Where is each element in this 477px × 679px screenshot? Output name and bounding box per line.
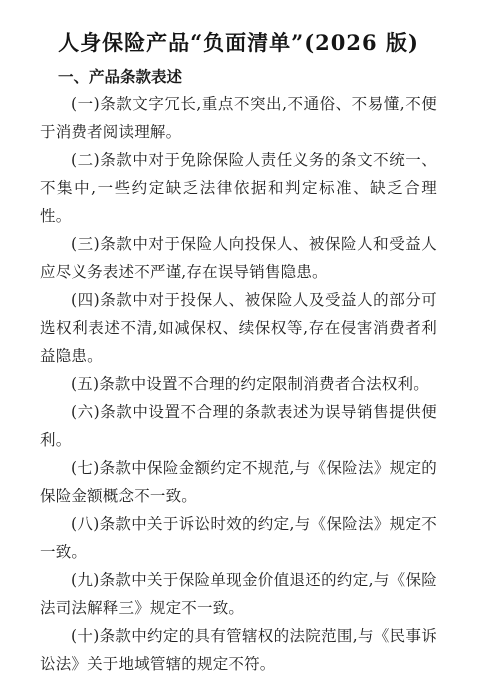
item-text: 条款中对于投保人、被保险人及受益人的部分可选权利表述不清,如减保权、续保权等,存… — [40, 291, 437, 365]
item-marker: (三) — [71, 235, 100, 253]
list-item-1: (一)条款文字冗长,重点不突出,不通俗、不易懂,不便于消费者阅读理解。 — [40, 90, 437, 146]
item-marker: (二) — [71, 151, 100, 169]
list-item-3: (三)条款中对于保险人向投保人、被保险人和受益人应尽义务表述不严谨,存在误导销售… — [40, 230, 437, 286]
item-marker: (五) — [71, 375, 99, 393]
list-item-5: (五)条款中设置不合理的约定限制消费者合法权利。 — [40, 370, 437, 398]
document-page: 人身保险产品“负面清单”(2026 版) 一、产品条款表述 (一)条款文字冗长,… — [0, 0, 477, 679]
list-item-9: (九)条款中关于保险单现金价值退还的约定,与《保险法司法解释三》规定不一致。 — [40, 566, 437, 622]
item-text: 条款中设置不合理的条款表述为误导销售提供便利。 — [40, 403, 437, 449]
item-text: 条款中约定的具有管辖权的法院范围,与《民事诉讼法》关于地域管辖的规定不符。 — [40, 627, 437, 673]
item-marker: (一) — [71, 95, 100, 113]
item-text: 条款中关于诉讼时效的约定,与《保险法》规定不一致。 — [40, 515, 437, 561]
item-marker: (四) — [71, 291, 100, 309]
list-item-8: (八)条款中关于诉讼时效的约定,与《保险法》规定不一致。 — [40, 510, 437, 566]
item-marker: (七) — [71, 459, 99, 477]
item-marker: (十) — [71, 627, 99, 645]
item-text: 条款中对于保险人向投保人、被保险人和受益人应尽义务表述不严谨,存在误导销售隐患。 — [40, 235, 437, 281]
list-item-10: (十)条款中约定的具有管辖权的法院范围,与《民事诉讼法》关于地域管辖的规定不符。 — [40, 622, 437, 678]
item-marker: (六) — [71, 403, 100, 421]
item-text: 条款中对于免除保险人责任义务的条文不统一、不集中,一些约定缺乏法律依据和判定标准… — [40, 151, 437, 225]
item-text: 条款中保险金额约定不规范,与《保险法》规定的保险金额概念不一致。 — [40, 459, 437, 505]
item-text: 条款中关于保险单现金价值退还的约定,与《保险法司法解释三》规定不一致。 — [40, 571, 437, 617]
list-item-2: (二)条款中对于免除保险人责任义务的条文不统一、不集中,一些约定缺乏法律依据和判… — [40, 146, 437, 230]
item-text: 条款文字冗长,重点不突出,不通俗、不易懂,不便于消费者阅读理解。 — [40, 95, 437, 141]
list-item-6: (六)条款中设置不合理的条款表述为误导销售提供便利。 — [40, 398, 437, 454]
item-marker: (九) — [71, 571, 99, 589]
document-title: 人身保险产品“负面清单”(2026 版) — [40, 28, 437, 58]
item-marker: (八) — [71, 515, 99, 533]
list-item-7: (七)条款中保险金额约定不规范,与《保险法》规定的保险金额概念不一致。 — [40, 454, 437, 510]
item-text: 条款中设置不合理的约定限制消费者合法权利。 — [99, 375, 429, 393]
section-heading: 一、产品条款表述 — [40, 64, 437, 90]
list-item-4: (四)条款中对于投保人、被保险人及受益人的部分可选权利表述不清,如减保权、续保权… — [40, 286, 437, 370]
